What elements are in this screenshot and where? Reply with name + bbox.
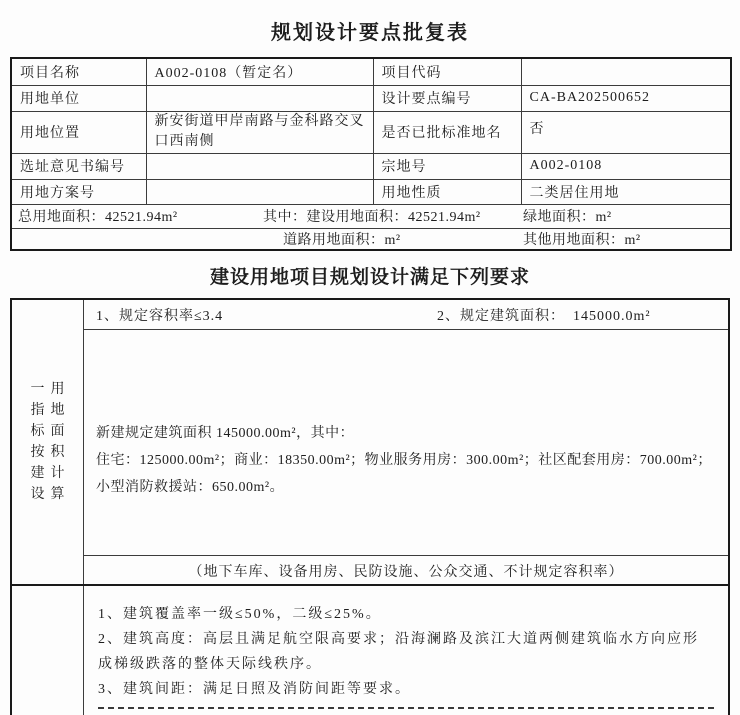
field-value-parcel-no: A002-0108 (521, 153, 731, 179)
total-land-area: 总用地面积：42521.94m² (18, 206, 178, 226)
table-row: 用地方案号 用地性质 二类居住用地 (11, 179, 731, 204)
approval-form-document: 规划设计要点批复表 项目名称 A002-0108（暂定名） 项目代码 用地单位 … (0, 0, 740, 715)
field-value-design-points-no: CA-BA202500652 (521, 85, 731, 111)
floor-area-intro: 新建规定建筑面积 145000.00m²，其中： (96, 420, 716, 447)
table-row: 项目名称 A002-0108（暂定名） 项目代码 (11, 58, 731, 85)
field-label-design-points-no: 设计要点编号 (373, 85, 521, 111)
field-label-land-use-type: 用地性质 (373, 179, 521, 204)
table-row-area-2: 道路用地面积：m² 其他用地面积：m² (11, 228, 731, 250)
side-column: 一用 指地 标面 按积 建计 设算 (12, 300, 84, 715)
field-value-land-location: 新安街道甲岸南路与金科路交叉口西南侧 (146, 111, 373, 153)
field-value-site-opinion-no (146, 153, 373, 179)
area-summary-row-1: 总用地面积：42521.94m² 其中：建设用地面积：42521.94m² 绿地… (11, 204, 731, 228)
side-vertical-label: 一用 指地 标面 按积 建计 设算 (12, 300, 83, 584)
table-row: 用地位置 新安街道甲岸南路与金科路交叉口西南侧 是否已批标准地名 否 (11, 111, 731, 153)
field-value-standard-name-approved: 否 (521, 111, 731, 153)
field-value-land-use-type: 二类居住用地 (521, 179, 731, 204)
field-label-land-unit: 用地单位 (11, 85, 146, 111)
document-title: 规划设计要点批复表 (0, 16, 740, 45)
building-requirements-cell: 1、建筑覆盖率一级≤50%，二级≤25%。 2、建筑高度：高层且满足航空限高要求… (84, 586, 728, 715)
side-label-line: 设算 (12, 484, 89, 505)
requirement-coverage: 1、建筑覆盖率一级≤50%，二级≤25%。 (98, 602, 714, 627)
side-label-line: 标面 (12, 421, 89, 442)
field-label-site-opinion-no: 选址意见书编号 (11, 153, 146, 179)
table-row: 用地单位 设计要点编号 CA-BA202500652 (11, 85, 731, 111)
construction-land-area: 其中：建设用地面积：42521.94m² (263, 206, 481, 226)
area-summary-row-2: 道路用地面积：m² 其他用地面积：m² (11, 228, 731, 250)
requirement-height: 2、建筑高度：高层且满足航空限高要求；沿海澜路及滨江大道两侧建筑临水方向应形成梯… (98, 627, 714, 677)
field-label-project-name: 项目名称 (11, 58, 146, 85)
field-label-land-plan-no: 用地方案号 (11, 179, 146, 204)
green-land-area: 绿地面积：m² (523, 206, 612, 226)
project-info-table: 项目名称 A002-0108（暂定名） 项目代码 用地单位 设计要点编号 CA-… (10, 57, 732, 251)
floor-area-breakdown: 住宅：125000.00m²；商业：18350.00m²；物业服务用房：300.… (96, 447, 716, 501)
side-label-line: 指地 (12, 400, 89, 421)
field-value-land-plan-no (146, 179, 373, 204)
requirements-table: 一用 指地 标面 按积 建计 设算 1、规定容积率≤3.4 2、规定建筑面积： … (10, 298, 730, 715)
side-label-line: 按积 (12, 442, 89, 463)
side-label-line: 一用 (12, 379, 89, 400)
field-value-land-unit (146, 85, 373, 111)
field-value-project-code (521, 58, 731, 85)
other-land-area: 其他用地面积：m² (523, 229, 641, 249)
indicator-row: 1、规定容积率≤3.4 2、规定建筑面积： 145000.0m² (84, 300, 728, 330)
building-area-indicator: 2、规定建筑面积： 145000.0m² (437, 305, 651, 325)
requirements-section-title: 建设用地项目规划设计满足下列要求 (0, 262, 740, 289)
table-row-area-1: 总用地面积：42521.94m² 其中：建设用地面积：42521.94m² 绿地… (11, 204, 731, 228)
floor-area-detail-cell: 新建规定建筑面积 145000.00m²，其中： 住宅：125000.00m²；… (84, 330, 728, 556)
field-label-standard-name-approved: 是否已批标准地名 (373, 111, 521, 153)
field-label-project-code: 项目代码 (373, 58, 521, 85)
field-value-project-name: A002-0108（暂定名） (146, 58, 373, 85)
field-label-parcel-no: 宗地号 (373, 153, 521, 179)
plot-ratio-indicator: 1、规定容积率≤3.4 (96, 305, 223, 325)
excluded-items-note: （地下车库、设备用房、民防设施、公众交通、不计规定容积率） (84, 557, 728, 584)
side-label-line: 建计 (12, 463, 89, 484)
dashed-divider (98, 707, 714, 709)
table-row: 选址意见书编号 宗地号 A002-0108 (11, 153, 731, 179)
road-land-area: 道路用地面积：m² (283, 229, 401, 249)
field-label-land-location: 用地位置 (11, 111, 146, 153)
requirement-spacing: 3、建筑间距：满足日照及消防间距等要求。 (98, 677, 714, 702)
